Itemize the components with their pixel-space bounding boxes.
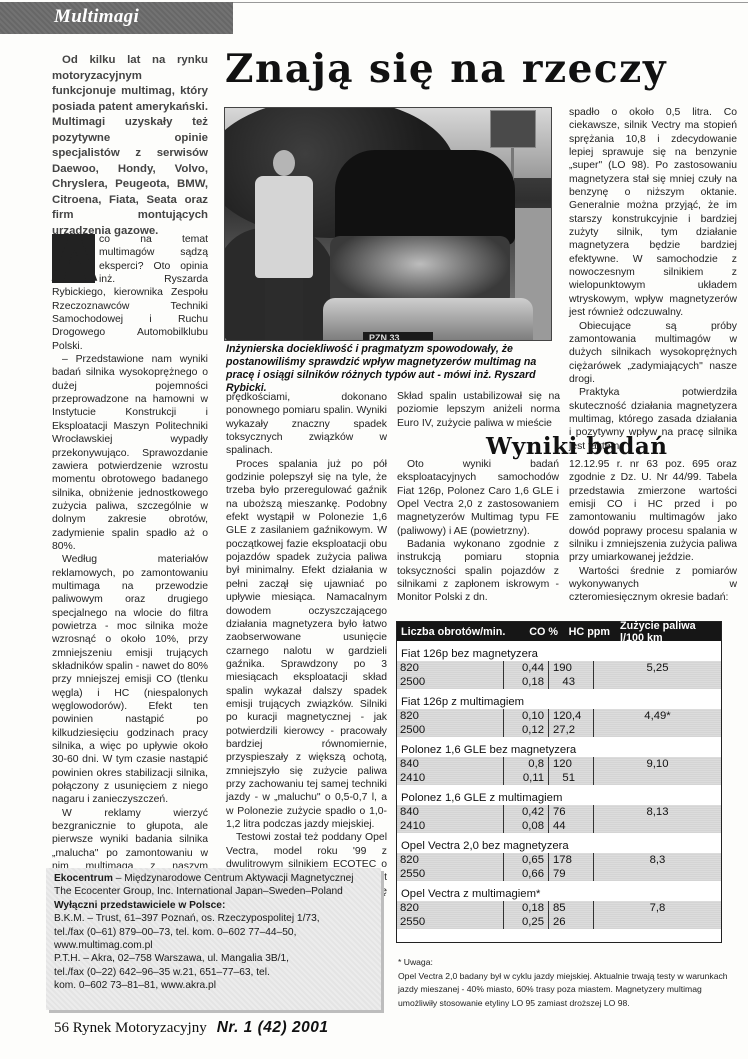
- paragraph: Oto wyniki badań eksploatacyjnych samoch…: [397, 458, 559, 538]
- paragraph: Aco na temat multimagów sądzą eksperci? …: [52, 233, 208, 353]
- cell-fuel: [594, 867, 721, 881]
- cell-rpm: 2550: [397, 915, 504, 929]
- cell-fuel: [594, 723, 721, 737]
- cell-fuel: 7,8: [594, 901, 721, 915]
- cell-rpm: 2410: [397, 771, 504, 785]
- article-column-2: prędkościami, dokonano ponownego pomiaru…: [226, 391, 387, 911]
- table-row: 820 0,18 85 7,8: [397, 901, 721, 915]
- person-head: [273, 150, 295, 176]
- table-row: 2410 0,08 44: [397, 819, 721, 833]
- issue-number: Nr. 1 (42) 2001: [217, 1019, 329, 1036]
- reps-title-text: Wyłączni przedstawiciele w Polsce:: [54, 900, 225, 911]
- lead-paragraph: Od kilku lat na rynku motoryzacyjnym fun…: [52, 53, 208, 239]
- header-hc: HC ppm: [558, 626, 610, 638]
- cell-hc: 26: [549, 915, 594, 929]
- table-note: * Uwaga: Opel Vectra 2,0 badany był w cy…: [398, 956, 738, 1010]
- cell-hc: 120,4: [549, 709, 594, 723]
- section-label: Multimagi: [54, 6, 139, 28]
- cell-hc: 85: [549, 901, 594, 915]
- cell-fuel: 8,3: [594, 853, 721, 867]
- table-group: Opel Vectra z multimagiem* 820 0,18 85 7…: [397, 887, 721, 929]
- cell-rpm: 840: [397, 757, 504, 771]
- cell-fuel: [594, 915, 721, 929]
- rep1-website: www.multimag.com.pl: [54, 939, 373, 952]
- photo-sign: [490, 110, 536, 148]
- paragraph: Obiecujące są próby zamontowania multima…: [569, 320, 737, 387]
- cell-hc: 120: [549, 757, 594, 771]
- paragraph: prędkościami, dokonano ponownego pomiaru…: [226, 391, 387, 458]
- group-title: Polonez 1,6 GLE bez magnetyzera: [397, 743, 721, 757]
- cell-hc: 27,2: [549, 723, 594, 737]
- page-number-magazine: 56 Rynek Motoryzacyjny: [54, 1020, 207, 1036]
- table-row: 820 0,10 120,4 4,49*: [397, 709, 721, 723]
- photo-engine: [330, 236, 510, 306]
- table-row: 2500 0,12 27,2: [397, 723, 721, 737]
- contact-org: Ekocentrum – Międzynarodowe Centrum Akty…: [54, 872, 373, 899]
- group-title: Opel Vectra z multimagiem*: [397, 887, 721, 901]
- table-row: 820 0,44 190 5,25: [397, 661, 721, 675]
- group-title: Fiat 126p bez magnetyzera: [397, 647, 721, 661]
- section-banner: Multimagi: [0, 2, 233, 34]
- rep2-address: P.T.H. – Akra, 02–758 Warszawa, ul. Mang…: [54, 952, 373, 965]
- group-title: Opel Vectra 2,0 bez magnetyzera: [397, 839, 721, 853]
- cell-co: 0,65: [504, 853, 549, 867]
- dropcap-letter: A: [52, 234, 95, 283]
- photo-person: [253, 150, 315, 341]
- cell-hc: 178: [549, 853, 594, 867]
- cell-fuel: [594, 675, 721, 689]
- rep1-phone: tel./fax (0–61) 879–00–73, tel. kom. 0–6…: [54, 926, 373, 939]
- cell-rpm: 2410: [397, 819, 504, 833]
- cell-co: 0,18: [504, 675, 549, 689]
- rep1-address: B.K.M. – Trust, 61–397 Poznań, os. Rzecz…: [54, 912, 373, 925]
- table-row: 2410 0,11 51: [397, 771, 721, 785]
- group-title: Polonez 1,6 GLE z multimagiem: [397, 791, 721, 805]
- paragraph: – Przedstawione nam wyniki badań silnika…: [52, 353, 208, 553]
- photo-license-plate: PZN 33: [363, 332, 433, 341]
- cell-rpm: 2550: [397, 867, 504, 881]
- table-group: Polonez 1,6 GLE bez magnetyzera 840 0,8 …: [397, 743, 721, 785]
- table-row: 840 0,8 120 9,10: [397, 757, 721, 771]
- cell-rpm: 820: [397, 709, 504, 723]
- paragraph: spadło o około 0,5 litra. Co ciekawsze, …: [569, 106, 737, 320]
- table-group: Fiat 126p z multimagiem 820 0,10 120,4 4…: [397, 695, 721, 737]
- paragraph: 12.12.95 r. nr 63 poz. 695 oraz zgodnie …: [569, 458, 737, 565]
- cell-rpm: 2500: [397, 723, 504, 737]
- cell-fuel: 4,49*: [594, 709, 721, 723]
- table-header: Liczba obrotów/min. CO % HC ppm Zużycie …: [397, 622, 721, 641]
- article-photo: PZN 33: [224, 107, 552, 341]
- person-jacket: [255, 176, 313, 278]
- paragraph: Proces spalania już po pół godzinie pole…: [226, 458, 387, 832]
- rep2-contact: kom. 0–602 73–81–81, www.akra.pl: [54, 979, 373, 992]
- cell-hc: 51: [549, 771, 594, 785]
- top-rule: [233, 2, 748, 3]
- cell-rpm: 840: [397, 805, 504, 819]
- note-title: * Uwaga:: [398, 956, 738, 970]
- results-column-right: 12.12.95 r. nr 63 poz. 695 oraz zgodnie …: [569, 458, 737, 605]
- cell-hc: 190: [549, 661, 594, 675]
- cell-hc: 76: [549, 805, 594, 819]
- cell-co: 0,11: [504, 771, 549, 785]
- header-rpm: Liczba obrotów/min.: [397, 626, 524, 638]
- table-row: 2550 0,25 26: [397, 915, 721, 929]
- cell-rpm: 2500: [397, 675, 504, 689]
- table-group: Polonez 1,6 GLE z multimagiem 840 0,42 7…: [397, 791, 721, 833]
- results-table: Liczba obrotów/min. CO % HC ppm Zużycie …: [396, 621, 722, 943]
- header-co: CO %: [524, 626, 558, 638]
- cell-rpm: 820: [397, 661, 504, 675]
- table-row: 840 0,42 76 8,13: [397, 805, 721, 819]
- paragraph: Wartości średnie z pomiarów wykonywanych…: [569, 565, 737, 605]
- photo-car-hood: [335, 150, 515, 245]
- table-group: Opel Vectra 2,0 bez magnetyzera 820 0,65…: [397, 839, 721, 881]
- table-row: 2500 0,18 43: [397, 675, 721, 689]
- headline: Znają się na rzeczy: [225, 46, 745, 92]
- cell-co: 0,42: [504, 805, 549, 819]
- rep2-phone: tel./fax (0–22) 642–96–35 w.21, 651–77–6…: [54, 966, 373, 979]
- paragraph: Badania wykonano zgodnie z instrukcją po…: [397, 538, 559, 605]
- results-column-left: Oto wyniki badań eksploatacyjnych samoch…: [397, 458, 559, 605]
- org-name: Ekocentrum: [54, 873, 113, 884]
- table-row: 820 0,65 178 8,3: [397, 853, 721, 867]
- cell-hc: 79: [549, 867, 594, 881]
- cell-hc: 43: [549, 675, 594, 689]
- paragraph: Według materiałów reklamowych, po zamont…: [52, 553, 208, 807]
- person-legs: [265, 278, 303, 341]
- table-group: Fiat 126p bez magnetyzera 820 0,44 190 5…: [397, 647, 721, 689]
- cell-fuel: 9,10: [594, 757, 721, 771]
- cell-fuel: [594, 819, 721, 833]
- page-footer: 56 Rynek MotoryzacyjnyNr. 1 (42) 2001: [54, 1019, 328, 1037]
- cell-fuel: 8,13: [594, 805, 721, 819]
- cell-co: 0,66: [504, 867, 549, 881]
- article-column-4: spadło o około 0,5 litra. Co ciekawsze, …: [569, 106, 737, 453]
- cell-co: 0,10: [504, 709, 549, 723]
- cell-co: 0,25: [504, 915, 549, 929]
- paragraph: Skład spalin ustabilizował się na poziom…: [397, 390, 560, 430]
- note-text: Opel Vectra 2,0 badany był w cyklu jazdy…: [398, 970, 738, 1011]
- cell-hc: 44: [549, 819, 594, 833]
- header-fuel: Zużycie paliwa l/100 km: [610, 620, 721, 644]
- results-headline: Wyniki badań: [486, 433, 668, 460]
- cell-fuel: [594, 771, 721, 785]
- photo-caption: Inżynierska dociekliwość i pragmatyzm sp…: [226, 343, 556, 395]
- cell-co: 0,8: [504, 757, 549, 771]
- cell-co: 0,12: [504, 723, 549, 737]
- dropcap: A: [52, 234, 95, 283]
- table-row: 2550 0,66 79: [397, 867, 721, 881]
- cell-fuel: 5,25: [594, 661, 721, 675]
- contact-box: Ekocentrum – Międzynarodowe Centrum Akty…: [46, 868, 381, 1010]
- cell-rpm: 820: [397, 853, 504, 867]
- cell-co: 0,18: [504, 901, 549, 915]
- cell-rpm: 820: [397, 901, 504, 915]
- cell-co: 0,08: [504, 819, 549, 833]
- reps-title: Wyłączni przedstawiciele w Polsce:: [54, 899, 373, 912]
- article-column-3-bottom: Skład spalin ustabilizował się na poziom…: [397, 390, 560, 430]
- group-title: Fiat 126p z multimagiem: [397, 695, 721, 709]
- cell-co: 0,44: [504, 661, 549, 675]
